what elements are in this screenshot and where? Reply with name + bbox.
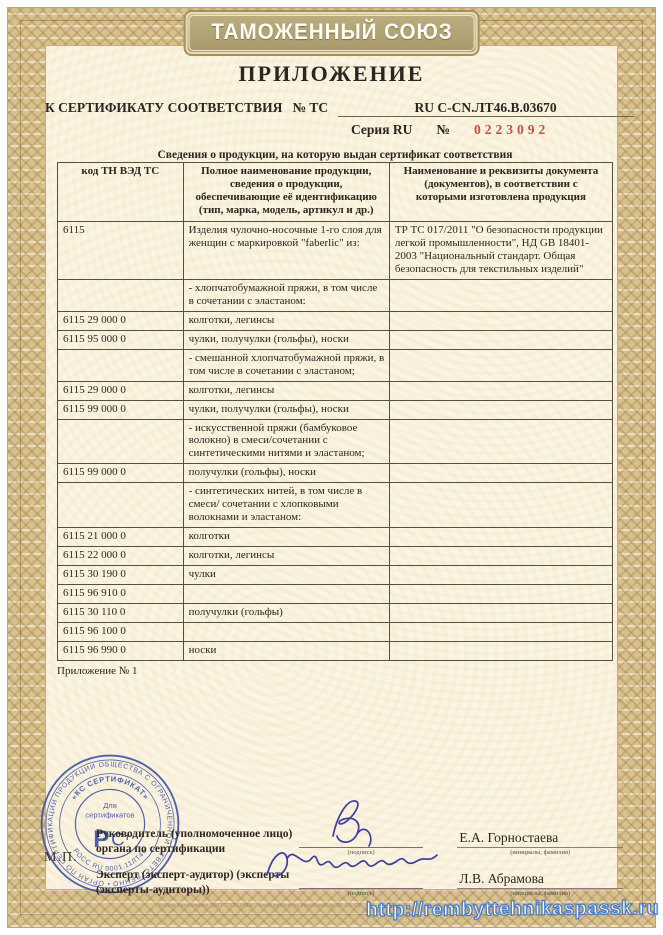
page-title: ПРИЛОЖЕНИЕ	[45, 61, 618, 87]
doc-cell	[389, 464, 612, 483]
signature-area-1: (подпись)	[299, 834, 424, 857]
code-cell: 6115 96 910 0	[58, 585, 184, 604]
certificate-page: ТАМОЖЕННЫЙ СОЮЗ ПРИЛОЖЕНИЕ К СЕРТИФИКАТУ…	[0, 0, 663, 935]
code-cell: 6115 96 990 0	[58, 642, 184, 661]
stamp-center-line2: сертификатов	[85, 811, 134, 820]
doc-cell	[389, 400, 612, 419]
name-area-2: Л.В. Абрамова (инициалы, фамилия)	[457, 871, 623, 898]
name-cell: Изделия чулочно-носочные 1-го слоя для ж…	[183, 221, 389, 279]
code-cell: 6115 99 000 0	[58, 464, 184, 483]
role-expert-auditor: Эксперт (эксперт-аудитор) (эксперты (экс…	[96, 868, 293, 898]
doc-cell	[389, 311, 612, 330]
table-row: 6115Изделия чулочно-носочные 1-го слоя д…	[58, 221, 613, 279]
header-product: Полное наименование продукции, сведения …	[183, 163, 389, 222]
name-cell: колготки, легинсы	[183, 547, 389, 566]
certificate-number-label: № ТС	[292, 100, 328, 115]
name-area-1: Е.А. Горностаева (инициалы, фамилия)	[457, 830, 623, 857]
code-cell	[58, 349, 184, 381]
table-row: 6115 29 000 0колготки, легинсы	[58, 381, 613, 400]
code-cell: 6115 30 190 0	[58, 566, 184, 585]
series-number: 0223092	[474, 122, 549, 138]
name-cell: носки	[183, 642, 389, 661]
doc-cell	[389, 585, 612, 604]
table-row: 6115 30 190 0чулки	[58, 566, 613, 585]
customs-union-badge-text: ТАМОЖЕННЫЙ СОЮЗ	[211, 19, 452, 45]
header-document: Наименование и реквизиты документа (доку…	[389, 163, 612, 222]
certificate-number: RU C-CN.ЛТ46.В.03670	[338, 100, 634, 117]
header-code: код ТН ВЭД ТС	[58, 163, 184, 222]
name-cell: - смешанной хлопчатобумажной пряжи, в то…	[183, 349, 389, 381]
signature-row-head: Руководитель (уполномоченное лицо) орган…	[96, 827, 623, 857]
table-row: 6115 29 000 0колготки, легинсы	[58, 311, 613, 330]
signature-label-1: (подпись)	[299, 848, 424, 857]
code-cell: 6115 99 000 0	[58, 400, 184, 419]
series-line: Серия RU № 0223092	[45, 122, 618, 138]
product-table-body: 6115Изделия чулочно-носочные 1-го слоя д…	[58, 221, 613, 660]
name-cell: получулки (гольфы), носки	[183, 464, 389, 483]
name-label-2: (инициалы, фамилия)	[457, 889, 623, 898]
name-cell: колготки, легинсы	[183, 381, 389, 400]
doc-cell	[389, 604, 612, 623]
code-cell: 6115 29 000 0	[58, 381, 184, 400]
name-cell: - искусственной пряжи (бамбуковое волокн…	[183, 419, 389, 464]
doc-cell	[389, 566, 612, 585]
table-caption: Сведения о продукции, на которую выдан с…	[57, 149, 613, 161]
table-row: 6115 22 000 0колготки, легинсы	[58, 547, 613, 566]
doc-cell	[389, 381, 612, 400]
name-cell: чулки	[183, 566, 389, 585]
code-cell	[58, 279, 184, 311]
code-cell: 6115	[58, 221, 184, 279]
name-cell: получулки (гольфы)	[183, 604, 389, 623]
table-row: - искусственной пряжи (бамбуковое волокн…	[58, 419, 613, 464]
code-cell: 6115 21 000 0	[58, 528, 184, 547]
table-row: 6115 96 990 0носки	[58, 642, 613, 661]
stamp-ring-top-text: «КС СЕРТИФИКАТ»	[69, 774, 151, 801]
series-label: Серия RU	[351, 122, 412, 138]
table-row: 6115 96 100 0	[58, 623, 613, 642]
signature-line-1	[299, 834, 424, 848]
name-cell: колготки	[183, 528, 389, 547]
table-row: 6115 21 000 0колготки	[58, 528, 613, 547]
code-cell: 6115 96 100 0	[58, 623, 184, 642]
watermark-url[interactable]: http://rembyttehnikaspassk.ru	[366, 897, 659, 922]
code-cell: 6115 30 110 0	[58, 604, 184, 623]
stamp-center-line1: Для	[103, 801, 117, 810]
series-number-sign: №	[436, 122, 450, 138]
role-head-of-body: Руководитель (уполномоченное лицо) орган…	[96, 827, 293, 857]
doc-cell	[389, 279, 612, 311]
code-cell: 6115 22 000 0	[58, 547, 184, 566]
name-cell: чулки, получулки (гольфы), носки	[183, 400, 389, 419]
name-cell: колготки, легинсы	[183, 311, 389, 330]
code-cell: 6115 95 000 0	[58, 330, 184, 349]
code-cell: 6115 29 000 0	[58, 311, 184, 330]
table-row: 6115 96 910 0	[58, 585, 613, 604]
signature-area-2: (подпись)	[299, 875, 424, 898]
name-label-1: (инициалы, фамилия)	[457, 848, 623, 857]
doc-cell	[389, 547, 612, 566]
certificate-number-line: К СЕРТИФИКАТУ СООТВЕТСТВИЯ № ТС RU C-CN.…	[45, 100, 618, 117]
code-cell	[58, 419, 184, 464]
code-cell	[58, 483, 184, 528]
table-row: - смешанной хлопчатобумажной пряжи, в то…	[58, 349, 613, 381]
table-row: 6115 30 110 0получулки (гольфы)	[58, 604, 613, 623]
doc-cell	[389, 528, 612, 547]
table-row: 6115 99 000 0чулки, получулки (гольфы), …	[58, 400, 613, 419]
name-gornostaeva: Е.А. Горностаева	[457, 830, 623, 848]
signature-label-2: (подпись)	[299, 889, 424, 898]
doc-cell	[389, 419, 612, 464]
svg-text:«КС СЕРТИФИКАТ»: «КС СЕРТИФИКАТ»	[69, 774, 151, 801]
name-cell	[183, 585, 389, 604]
table-row: - хлопчатобумажной пряжи, в том числе в …	[58, 279, 613, 311]
table-header-row: код ТН ВЭД ТС Полное наименование продук…	[58, 163, 613, 222]
signature-row-expert: Эксперт (эксперт-аудитор) (эксперты (экс…	[96, 868, 623, 898]
doc-cell	[389, 349, 612, 381]
doc-cell: ТР ТС 017/2011 "О безопасности продукции…	[389, 221, 612, 279]
certificate-prefix: К СЕРТИФИКАТУ СООТВЕТСТВИЯ	[45, 100, 282, 115]
name-cell	[183, 623, 389, 642]
product-table: код ТН ВЭД ТС Полное наименование продук…	[57, 162, 613, 661]
doc-cell	[389, 330, 612, 349]
doc-cell	[389, 623, 612, 642]
table-row: 6115 95 000 0чулки, получулки (гольфы), …	[58, 330, 613, 349]
table-row: 6115 99 000 0получулки (гольфы), носки	[58, 464, 613, 483]
name-cell: чулки, получулки (гольфы), носки	[183, 330, 389, 349]
name-cell: - хлопчатобумажной пряжи, в том числе в …	[183, 279, 389, 311]
name-cell: - синтетических нитей, в том числе в сме…	[183, 483, 389, 528]
table-row: - синтетических нитей, в том числе в сме…	[58, 483, 613, 528]
doc-cell	[389, 483, 612, 528]
doc-cell	[389, 642, 612, 661]
signature-block: Руководитель (уполномоченное лицо) орган…	[96, 827, 623, 909]
signature-line-2	[299, 875, 424, 889]
customs-union-badge: ТАМОЖЕННЫЙ СОЮЗ	[183, 10, 480, 56]
mp-seal-mark: М.П.	[44, 850, 78, 866]
name-abramova: Л.В. Абрамова	[457, 871, 623, 889]
attachment-note: Приложение № 1	[57, 665, 618, 677]
